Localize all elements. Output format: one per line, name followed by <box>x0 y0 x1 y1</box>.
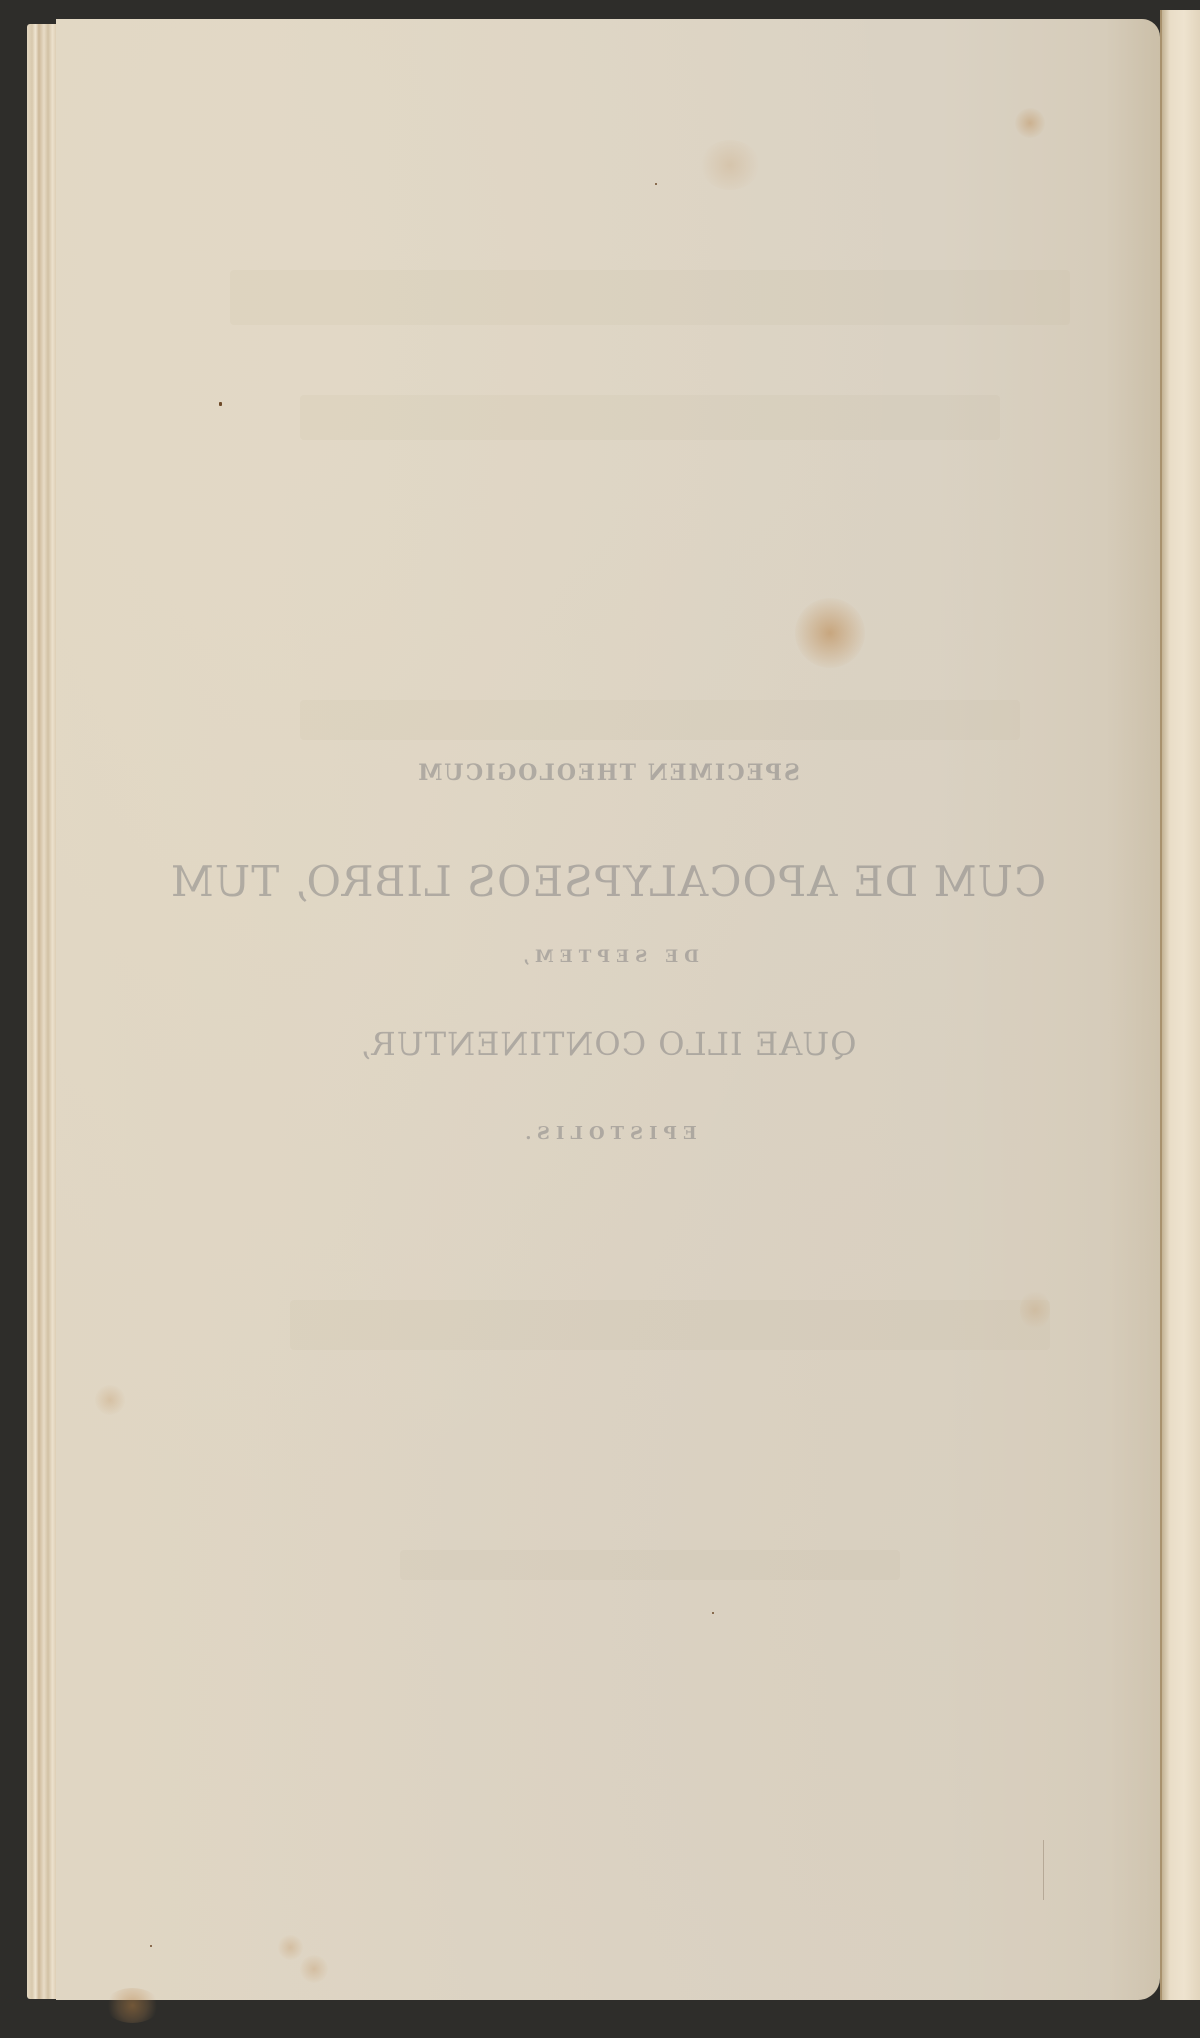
ink-speck <box>655 183 657 185</box>
foxing-stain <box>105 1988 160 2023</box>
ghost-text-block <box>300 700 1020 740</box>
showthrough-line-quae-illo: QUAE ILLO CONTINENTUR, <box>56 1025 1160 1063</box>
gutter-fold <box>1160 10 1162 2000</box>
ghost-text-block <box>400 1550 900 1580</box>
showthrough-line-specimen: SPECIMEN THEOLOGICUM <box>56 760 1160 786</box>
ghost-text-block <box>300 395 1000 440</box>
foxing-stain <box>1015 108 1045 138</box>
facing-page-edge <box>1160 10 1200 2000</box>
ink-speck <box>150 1945 152 1947</box>
foxing-stain <box>1020 1290 1050 1330</box>
ghost-text-block <box>290 1300 1050 1350</box>
showthrough-line-epistolis: EPISTOLIS. <box>56 1123 1160 1144</box>
foxing-stain <box>795 598 865 668</box>
foxing-stain <box>278 1935 303 1960</box>
scanned-book-spread: SPECIMEN THEOLOGICUM CUM DE APOCALYPSEOS… <box>0 0 1200 2038</box>
foxing-stain <box>300 1955 328 1983</box>
showthrough-line-cum-de-apocalypseos: CUM DE APOCALYPSEOS LIBRO, TUM <box>56 857 1160 906</box>
foxing-stain <box>700 140 760 190</box>
pencil-mark <box>1043 1840 1044 1900</box>
showthrough-line-de-septem: DE SEPTEM, <box>56 947 1160 967</box>
ink-speck <box>712 1612 714 1614</box>
ghost-text-block <box>230 270 1070 325</box>
foxing-stain <box>95 1385 125 1415</box>
ink-speck <box>219 402 222 406</box>
